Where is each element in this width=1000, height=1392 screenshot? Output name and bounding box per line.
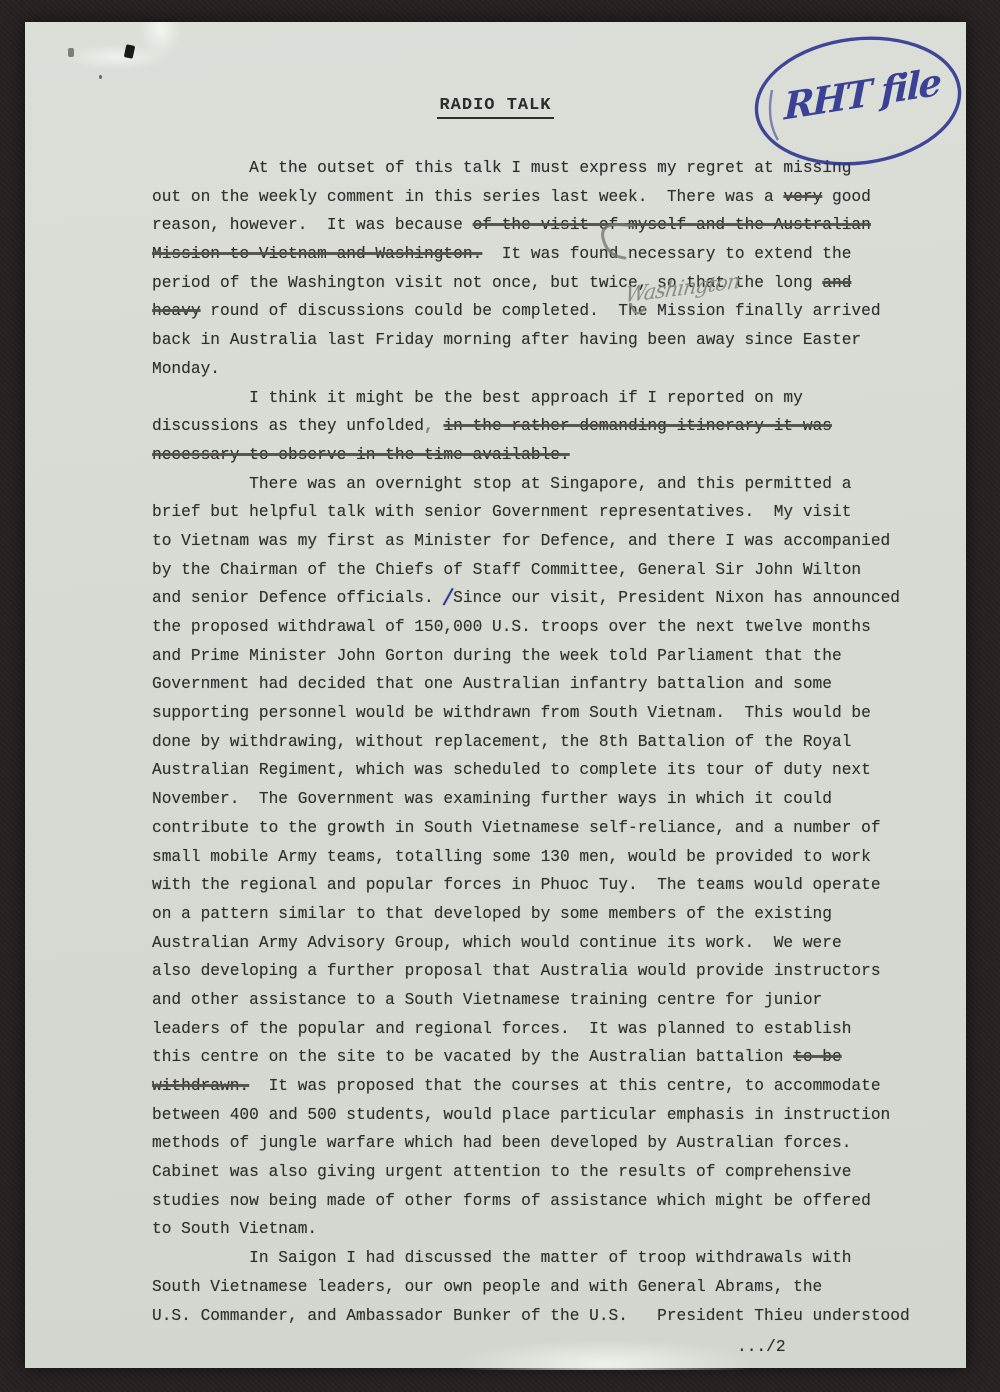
typewritten-line: this centre on the site to be vacated by…	[152, 1043, 942, 1072]
text-segment: the proposed withdrawal of 150,000 U.S. …	[152, 618, 871, 636]
text-segment: South Vietnamese leaders, our own people…	[152, 1278, 822, 1296]
text-segment: and other assistance to a South Vietname…	[152, 991, 822, 1009]
typewritten-line: studies now being made of other forms of…	[152, 1187, 942, 1216]
ink-speck	[99, 75, 102, 79]
typewritten-line: Cabinet was also giving urgent attention…	[152, 1158, 942, 1187]
typewritten-line: back in Australia last Friday morning af…	[152, 326, 942, 355]
pencil-caret-icon	[625, 302, 655, 324]
text-segment: supporting personnel would be withdrawn …	[152, 704, 871, 722]
typewritten-line: with the regional and popular forces in …	[152, 871, 942, 900]
strike-segment: necessary to observe in the time availab…	[152, 446, 570, 464]
typewritten-line: November. The Government was examining f…	[152, 785, 942, 814]
typewritten-line: reason, however. It was because of the v…	[152, 211, 942, 240]
text-segment: back in Australia last Friday morning af…	[152, 331, 861, 349]
text-segment: also developing a further proposal that …	[152, 962, 881, 980]
typewritten-line: necessary to observe in the time availab…	[152, 441, 942, 470]
text-segment: and Prime Minister John Gorton during th…	[152, 647, 842, 665]
text-segment: small mobile Army teams, totalling some …	[152, 848, 871, 866]
text-segment: Australian Regiment, which was scheduled…	[152, 761, 871, 779]
typewritten-line: done by withdrawing, without replacement…	[152, 728, 942, 757]
typewritten-line: and Prime Minister John Gorton during th…	[152, 642, 942, 671]
strike-segment: withdrawn.	[152, 1077, 249, 1095]
typewritten-line: U.S. Commander, and Ambassador Bunker of…	[152, 1302, 942, 1331]
text-segment: out on the weekly comment in this series…	[152, 188, 783, 206]
typewritten-line: small mobile Army teams, totalling some …	[152, 843, 942, 872]
document-page: RADIO TALK At the outset of this talk I …	[25, 22, 966, 1368]
typewritten-line: Government had decided that one Australi…	[152, 670, 942, 699]
text-segment: reason, however. It was because	[152, 216, 473, 234]
text-segment: discussions as they unfolded	[152, 417, 424, 435]
document-body: At the outset of this talk I must expres…	[152, 154, 942, 1330]
text-segment: Government had decided that one Australi…	[152, 675, 832, 693]
typewritten-line: Monday.	[152, 355, 942, 384]
text-segment: by the Chairman of the Chiefs of Staff C…	[152, 561, 861, 579]
typewritten-line: the proposed withdrawal of 150,000 U.S. …	[152, 613, 942, 642]
text-segment: studies now being made of other forms of…	[152, 1192, 871, 1210]
text-segment: I think it might be the best approach if…	[152, 389, 803, 407]
text-segment: At the outset of this talk I must expres…	[152, 159, 851, 177]
typewritten-line: Australian Regiment, which was scheduled…	[152, 756, 942, 785]
strike-segment: of the visit of myself and the Australia…	[473, 216, 871, 234]
typewritten-line: supporting personnel would be withdrawn …	[152, 699, 942, 728]
text-segment: with the regional and popular forces in …	[152, 876, 881, 894]
typewritten-line: to Vietnam was my first as Minister for …	[152, 527, 942, 556]
typewritten-line: out on the weekly comment in this series…	[152, 183, 942, 212]
typewritten-line: and other assistance to a South Vietname…	[152, 986, 942, 1015]
text-segment: In Saigon I had discussed the matter of …	[152, 1249, 851, 1267]
text-segment: done by withdrawing, without replacement…	[152, 733, 851, 751]
text-segment: It was found necessary to extend the	[482, 245, 851, 263]
text-segment	[434, 417, 444, 435]
text-segment: Monday.	[152, 360, 220, 378]
page-footer: .../2	[737, 1338, 786, 1356]
text-segment: It was proposed that the courses at this…	[249, 1077, 880, 1095]
text-segment: November. The Government was examining f…	[152, 790, 832, 808]
strike-segment: heavy	[152, 302, 201, 320]
typewritten-line: to South Vietnam.	[152, 1215, 942, 1244]
typewritten-line: by the Chairman of the Chiefs of Staff C…	[152, 556, 942, 585]
typewritten-line: heavy round of discussions could be comp…	[152, 297, 942, 326]
pencil-squiggle-icon	[573, 218, 639, 280]
typewritten-line: contribute to the growth in South Vietna…	[152, 814, 942, 843]
typewritten-line: withdrawn. It was proposed that the cour…	[152, 1072, 942, 1101]
text-segment: this centre on the site to be vacated by…	[152, 1048, 793, 1066]
strike-segment: in the rather demanding itinerary it was	[443, 417, 832, 435]
text-segment: between 400 and 500 students, would plac…	[152, 1106, 890, 1124]
handwritten-circle-annotation: RHT file	[748, 30, 968, 172]
paper-smudge	[455, 1340, 755, 1370]
scan-background: RADIO TALK At the outset of this talk I …	[0, 0, 1000, 1392]
text-segment: round of discussions could be completed.…	[201, 302, 881, 320]
text-segment: Since our visit, President Nixon has ann…	[453, 589, 900, 607]
paper-tear-mark	[140, 22, 180, 56]
typewritten-line: Mission to Vietnam and Washington. It wa…	[152, 240, 942, 269]
typewritten-line: Australian Army Advisory Group, which wo…	[152, 929, 942, 958]
strike-segment: very	[783, 188, 822, 206]
strike-segment: Mission to Vietnam and Washington.	[152, 245, 482, 263]
text-segment: U.S. Commander, and Ambassador Bunker of…	[152, 1307, 910, 1325]
typewritten-line: South Vietnamese leaders, our own people…	[152, 1273, 942, 1302]
pencil-segment: ,	[424, 417, 434, 435]
typewritten-line: and senior Defence officials. /Since our…	[152, 584, 942, 613]
typewritten-line: I think it might be the best approach if…	[152, 384, 942, 413]
text-segment: methods of jungle warfare which had been…	[152, 1134, 851, 1152]
strike-segment: to be	[793, 1048, 842, 1066]
staple-mark	[68, 48, 74, 57]
typewritten-line: period of the Washington visit not once,…	[152, 269, 942, 298]
text-segment: to Vietnam was my first as Minister for …	[152, 532, 890, 550]
text-segment: good	[822, 188, 871, 206]
typewritten-line: In Saigon I had discussed the matter of …	[152, 1244, 942, 1273]
text-segment: brief but helpful talk with senior Gover…	[152, 503, 851, 521]
typewritten-line: brief but helpful talk with senior Gover…	[152, 498, 942, 527]
text-segment: leaders of the popular and regional forc…	[152, 1020, 851, 1038]
text-segment: There was an overnight stop at Singapore…	[152, 475, 851, 493]
text-segment: Cabinet was also giving urgent attention…	[152, 1163, 851, 1181]
text-segment: Australian Army Advisory Group, which wo…	[152, 934, 842, 952]
typewritten-line: methods of jungle warfare which had been…	[152, 1129, 942, 1158]
text-segment: and senior Defence officials.	[152, 589, 443, 607]
typewritten-line: discussions as they unfolded, in the rat…	[152, 412, 942, 441]
typewritten-line: also developing a further proposal that …	[152, 957, 942, 986]
text-segment: to South Vietnam.	[152, 1220, 317, 1238]
typewritten-line: between 400 and 500 students, would plac…	[152, 1101, 942, 1130]
typewritten-line: on a pattern similar to that developed b…	[152, 900, 942, 929]
typewritten-line: There was an overnight stop at Singapore…	[152, 470, 942, 499]
text-segment: contribute to the growth in South Vietna…	[152, 819, 881, 837]
strike-segment: and	[822, 274, 851, 292]
text-segment: on a pattern similar to that developed b…	[152, 905, 832, 923]
typewritten-line: leaders of the popular and regional forc…	[152, 1015, 942, 1044]
